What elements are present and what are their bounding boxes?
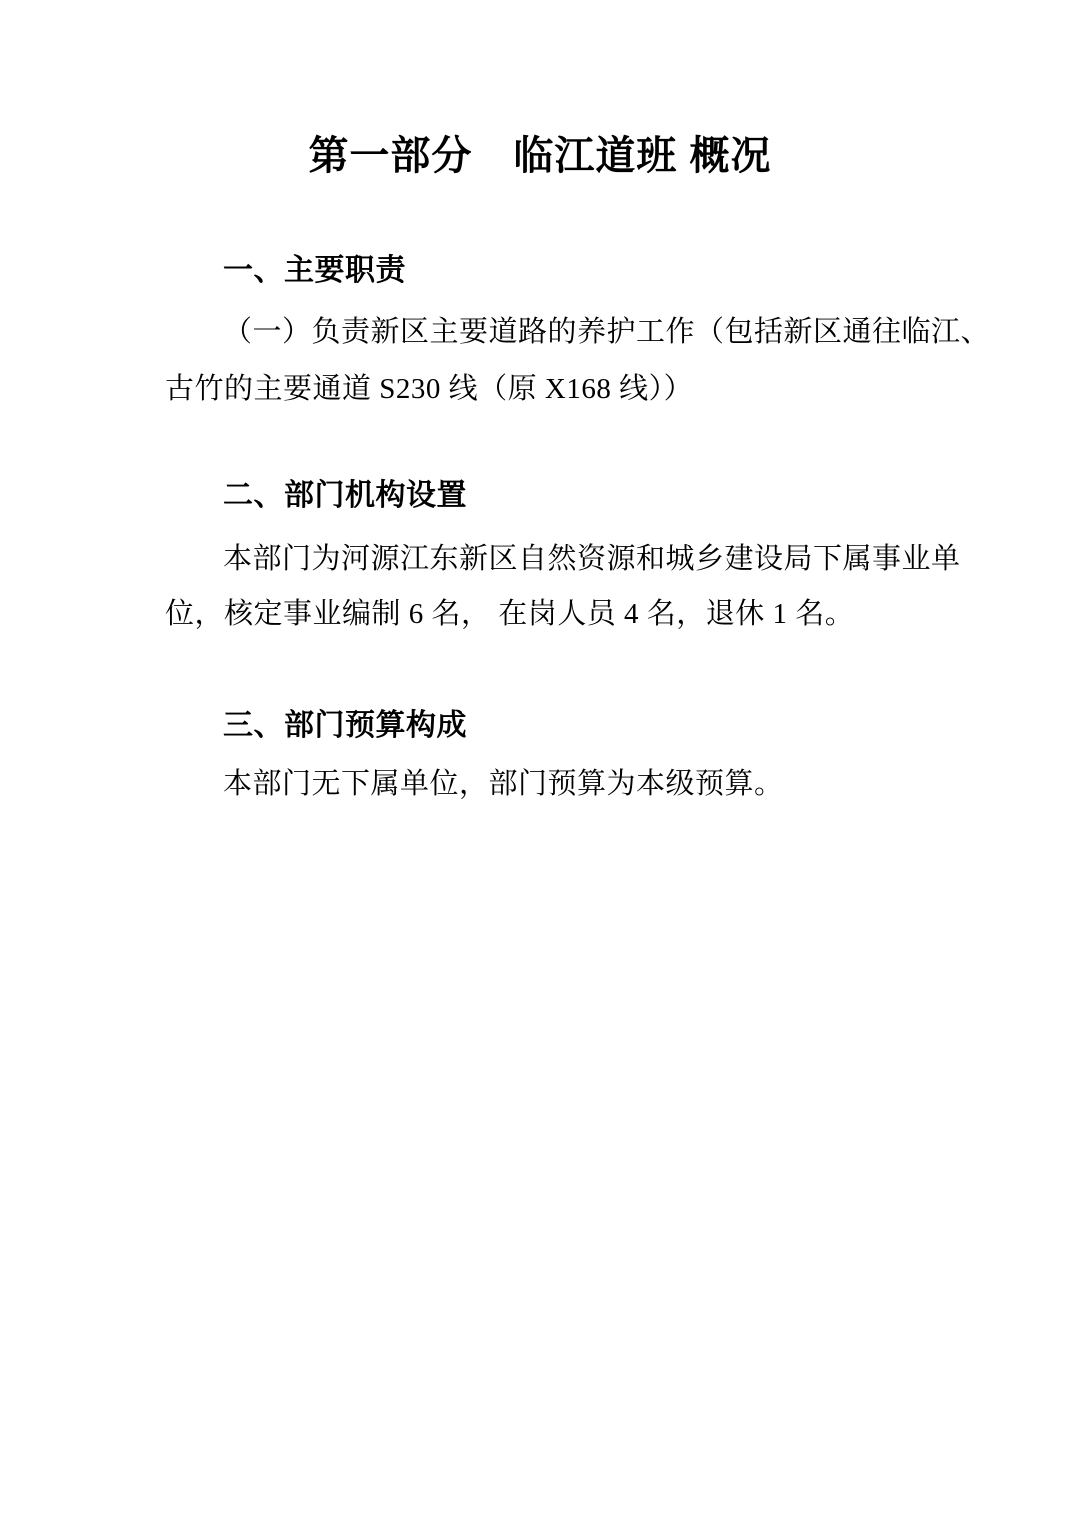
paragraph-line: 古竹的主要通道 S230 线（原 X168 线）） [165, 361, 965, 418]
section-heading-org-structure: 二、部门机构设置 [165, 477, 965, 515]
paragraph-line: 本部门无下属单位，部门预算为本级预算。 [165, 756, 965, 813]
paragraph-line: 本部门为河源江东新区自然资源和城乡建设局下属事业单 [165, 532, 965, 587]
paragraph-org-structure: 本部门为河源江东新区自然资源和城乡建设局下属事业单 位，核定事业编制 6 名， … [165, 532, 965, 642]
paragraph-budget-composition: 本部门无下属单位，部门预算为本级预算。 [165, 756, 965, 813]
paragraph-line: 位，核定事业编制 6 名， 在岗人员 4 名，退休 1 名。 [165, 587, 965, 642]
document-title: 第一部分 临江道班 概况 [0, 130, 1080, 182]
section-heading-budget-composition: 三、部门预算构成 [165, 707, 965, 745]
document-page: 第一部分 临江道班 概况 一、主要职责 （一）负责新区主要道路的养护工作（包括新… [0, 0, 1080, 1527]
paragraph-line: （一）负责新区主要道路的养护工作（包括新区通往临江、 [165, 304, 965, 361]
paragraph-main-duties: （一）负责新区主要道路的养护工作（包括新区通往临江、 古竹的主要通道 S230 … [165, 304, 965, 418]
section-heading-main-duties: 一、主要职责 [165, 252, 965, 290]
